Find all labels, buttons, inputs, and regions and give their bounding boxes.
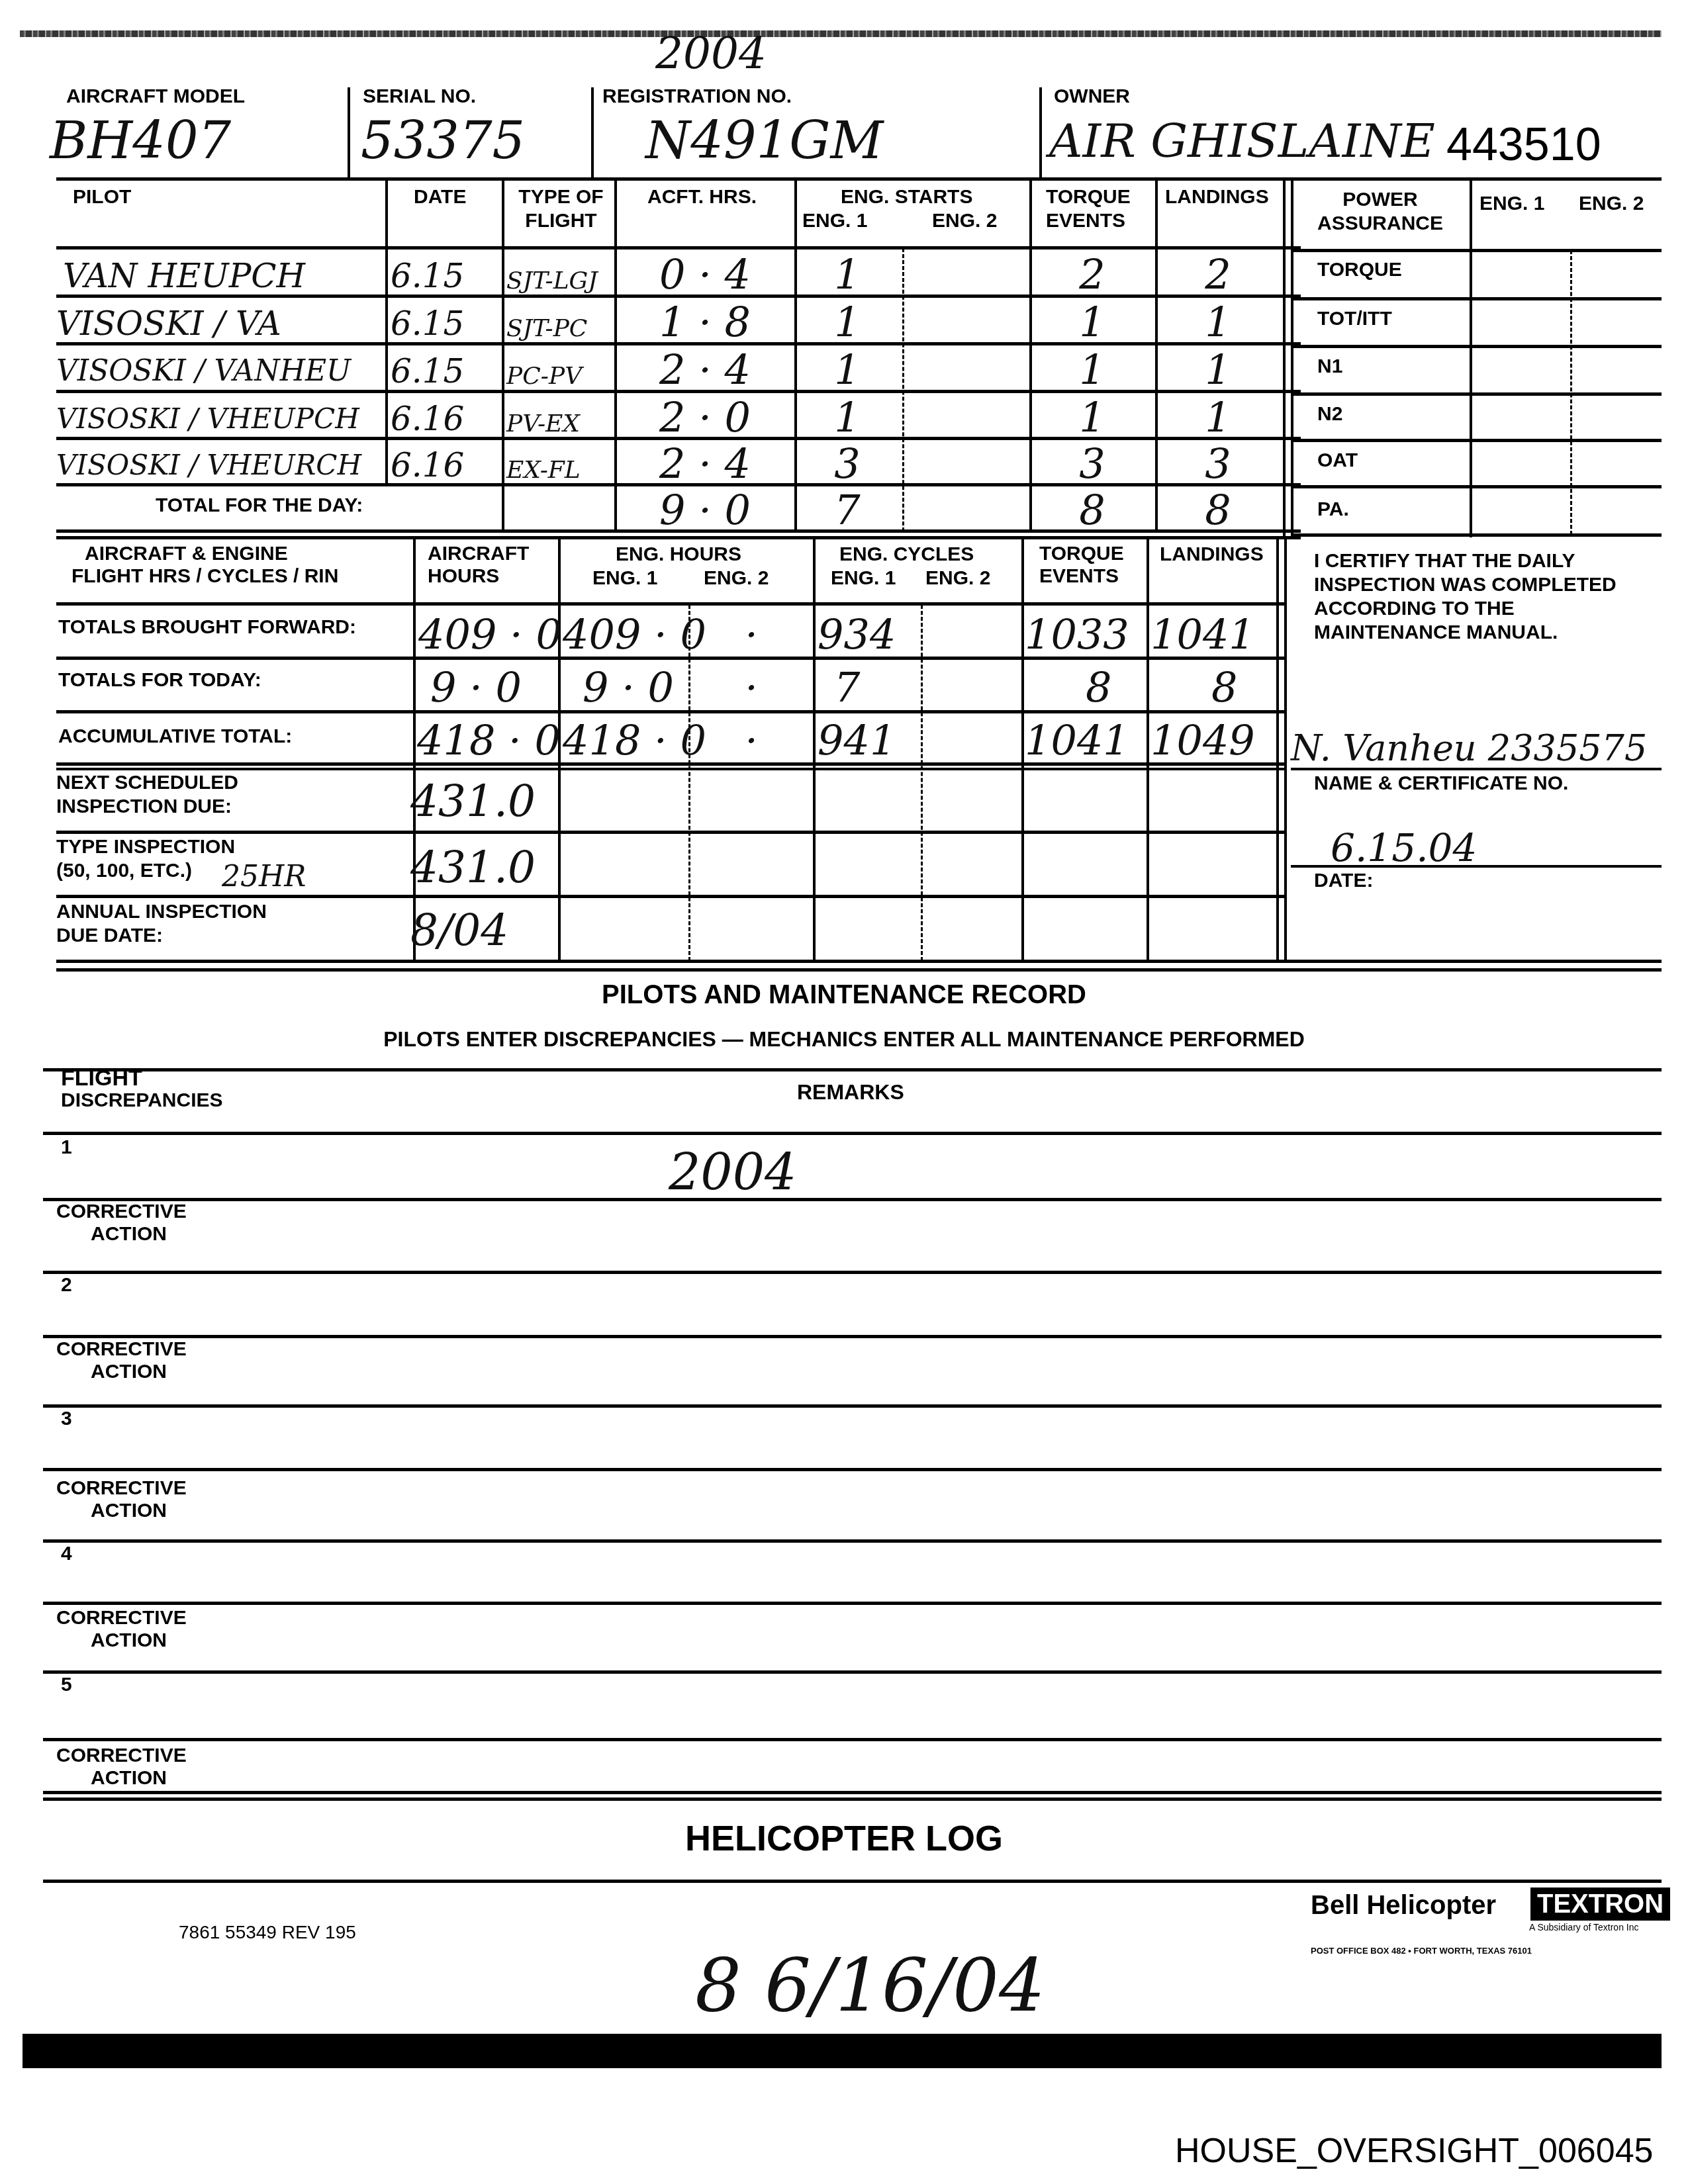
serial-no-value: 53375 [361,120,525,161]
rule [43,1404,1662,1408]
eng2-hours-cell: · [695,720,808,761]
pilot-cell: VISOSKI / VA [56,307,281,340]
owner-label: OWNER [1054,85,1130,109]
col-landings: LANDINGS [1165,185,1269,209]
acft-hrs-cell: 2 · 4 [622,443,788,484]
rule [43,1271,1662,1274]
rule [43,1791,1662,1794]
scan-black-bar [23,2034,1662,2068]
rule [43,1068,1662,1071]
col-eng-hours-eng2: ENG. 2 [704,567,769,590]
aircraft-hours-cell: 9 · 0 [430,667,522,708]
rule [43,1670,1662,1674]
pa-row-n1: N1 [1317,355,1342,379]
col-divider [1021,537,1024,961]
acft-hrs-cell: 0 · 4 [622,254,788,295]
certification-text: I CERTIFY THAT THE DAILY INSPECTION WAS … [1314,549,1617,645]
col-eng-cycles: ENG. CYCLES [839,543,974,567]
type-cell: PC-PV [506,360,582,393]
pa-eng2-header: ENG. 2 [1579,192,1644,216]
row-label: TOTALS BROUGHT FORWARD: [58,615,356,639]
col-torque-events: TORQUE EVENTS [1039,543,1124,588]
col-eng-hours-eng1: ENG. 1 [592,567,657,590]
type-cell: EX-FL [506,454,581,487]
col-eng-starts-eng2: ENG. 2 [932,209,997,233]
handwritten-year-top: 2004 [655,33,767,74]
rule [43,1602,1662,1605]
bates-number: HOUSE_OVERSIGHT_006045 [1175,2131,1654,2171]
eng1-hours-cell: 418 · 0 [563,720,706,761]
corrective-action-label: CORRECTIVE ACTION [56,1745,187,1790]
col-divider [502,180,504,531]
col-date: DATE [414,185,466,209]
pa-row-torque: TORQUE [1317,258,1402,282]
date-cell: 6.15 [391,259,464,293]
rule [1291,345,1662,348]
type-cell: PV-EX [506,408,580,441]
acft-hrs-cell: 2 · 0 [622,397,788,438]
divider [1039,87,1042,180]
date-cell: 6.15 [391,307,464,340]
acft-hrs-cell: 1 · 8 [622,302,788,343]
discrepancy-number: 2 [61,1273,72,1297]
inspection-value: 431.0 [410,847,536,888]
rule [43,1539,1662,1543]
pa-row-n2: N2 [1317,402,1342,426]
rule [43,1335,1662,1338]
form-number: 7861 55349 REV 195 [179,1922,356,1943]
col-divider [1284,537,1287,961]
aircraft-hours-cell: 418 · 0 [417,720,561,761]
dashed-divider [902,248,904,531]
discrepancy-number: 1 [61,1136,72,1160]
landings-cell: 1041 [1150,614,1255,655]
rule [1291,249,1662,252]
rule [43,1198,1662,1201]
subsidiary-text: A Subsidiary of Textron Inc [1529,1922,1639,1933]
col-flight-discrepancies: FLIGHT DISCREPANCIES [61,1067,222,1112]
corrective-action-label: CORRECTIVE ACTION [56,1338,187,1383]
col-divider [1283,180,1286,537]
date-line [1291,865,1662,868]
landings-cell: 8 [1211,667,1237,708]
eng1-cycles-cell: 7 [834,667,860,708]
header-bottom-rule [56,177,1662,181]
rule [43,1468,1662,1471]
inspection-label: ANNUAL INSPECTION DUE DATE: [56,900,267,948]
rule [43,1738,1662,1741]
type-cell: SJT-LGJ [506,265,598,298]
landings-cell: 1 [1162,349,1274,390]
col-divider [1155,180,1158,531]
col-eng-starts: ENG. STARTS [841,185,972,209]
aircraft-hours-cell: 409 · 0 [418,614,562,655]
date-cell: 6.16 [391,402,464,435]
eng1-starts-cell: 1 [801,302,894,343]
pa-row-tot-itt: TOT/ITT [1317,307,1392,331]
brand-name: Bell Helicopter [1311,1890,1496,1921]
landings-cell: 1 [1162,302,1274,343]
col-divider [794,180,797,531]
maintenance-record-subtitle: PILOTS ENTER DISCREPANCIES — MECHANICS E… [0,1027,1688,1051]
name-certificate-label: NAME & CERTIFICATE NO. [1314,772,1568,796]
bottom-handwritten-date: 8 6/16/04 [695,1949,1045,2022]
row-label: TOTALS FOR TODAY: [58,668,261,692]
dashed-divider [921,605,923,961]
col-divider [1147,537,1149,961]
eng2-hours-cell: · [695,614,808,655]
rule [56,768,1284,770]
col-divider [1470,180,1472,537]
col-cycles-eng2: ENG. 2 [925,567,990,590]
divider [348,87,350,180]
date-cell: 6.15 [391,355,464,388]
registration-no-label: REGISTRATION NO. [602,85,792,109]
landings-cell: 2 [1162,254,1274,295]
certification-date-value: 6.15.04 [1331,827,1477,868]
rule [1291,392,1662,396]
torque-cell: 2 [1036,254,1149,295]
owner-number: 443510 [1446,118,1601,171]
col-aircraft-hours: AIRCRAFT HOURS [428,543,529,588]
total-torque: 8 [1036,490,1149,531]
landings-cell: 3 [1162,443,1274,484]
pa-row-pa: PA. [1317,498,1349,522]
total-landings: 8 [1162,490,1274,531]
pilot-cell: VAN HEUPCH [63,259,305,293]
torque-cell: 1 [1036,397,1149,438]
aircraft-model-value: BH407 [50,120,231,161]
corrective-action-label: CORRECTIVE ACTION [56,1477,187,1522]
helicopter-log-title: HELICOPTER LOG [0,1819,1688,1858]
torque-cell: 1 [1036,349,1149,390]
col-divider [813,537,816,961]
rule [56,602,1284,606]
corrective-action-label: CORRECTIVE ACTION [56,1201,187,1246]
power-assurance-header: POWER ASSURANCE [1297,188,1463,236]
rule [56,536,1301,539]
aircraft-model-label: AIRCRAFT MODEL [66,85,245,109]
corrective-action-field[interactable] [61,1251,1656,1283]
address-text: POST OFFICE BOX 482 • FORT WORTH, TEXAS … [1311,1946,1532,1956]
rule [43,1132,1662,1135]
col-aircraft-engine: AIRCRAFT & ENGINE FLIGHT HRS / CYCLES / … [71,543,338,588]
col-divider [413,537,416,961]
remarks-handwritten-year: 2004 [669,1152,796,1193]
pa-eng1-header: ENG. 1 [1479,192,1544,216]
inspection-value: 431.0 [410,781,536,822]
eng1-starts-cell: 1 [801,254,894,295]
eng1-starts-cell: 1 [801,349,894,390]
pilot-cell: VISOSKI / VANHEU [56,355,351,388]
certification-date-label: DATE: [1314,869,1373,893]
rule [1291,485,1662,488]
rule [43,1880,1662,1883]
col-divider [1276,537,1279,961]
eng1-hours-cell: 9 · 0 [583,667,674,708]
col-pilot: PILOT [73,185,131,209]
rule [1291,533,1662,537]
col-cycles-eng1: ENG. 1 [831,567,896,590]
col-acft-hrs: ACFT. HRS. [647,185,757,209]
pilot-cell: VISOSKI / VHEUPCH [56,402,359,435]
eng1-cycles-cell: 941 [818,720,896,761]
torque-cell: 1 [1036,302,1149,343]
eng2-hours-cell: · [695,667,808,708]
maintenance-record-title: PILOTS AND MAINTENANCE RECORD [0,979,1688,1010]
eng1-cycles-cell: 934 [818,614,896,655]
pilot-cell: VISOSKI / VHEURCH [56,449,361,482]
serial-no-label: SERIAL NO. [363,85,476,109]
col-divider [614,180,617,531]
col-torque-events: TORQUE EVENTS [1046,185,1131,233]
eng1-starts-cell: 3 [801,443,894,484]
row-label: ACCUMULATIVE TOTAL: [58,725,292,749]
torque-cell: 8 [1086,667,1111,708]
rule [1291,297,1662,300]
acft-hrs-cell: 2 · 4 [622,349,788,390]
rule [56,968,1662,972]
owner-value: AIR GHISLAINE [1049,120,1435,161]
rule [56,831,1284,834]
col-remarks: REMARKS [797,1080,904,1104]
col-landings: LANDINGS [1160,543,1264,567]
rule [1291,439,1662,442]
type-cell: SJT-PC [506,312,587,345]
inspection-value: 8/04 [410,910,508,951]
inspection-label: NEXT SCHEDULED INSPECTION DUE: [56,771,238,819]
signature-line [1291,768,1662,770]
discrepancy-number: 5 [61,1673,72,1697]
discrepancy-number: 4 [61,1542,72,1566]
date-cell: 6.16 [391,449,464,482]
torque-cell: 1033 [1025,614,1129,655]
divider [591,87,594,180]
total-for-day-label: TOTAL FOR THE DAY: [156,494,363,518]
eng1-starts-cell: 1 [801,397,894,438]
corrective-action-label: CORRECTIVE ACTION [56,1607,187,1652]
rule [56,960,1662,963]
rule [56,895,1284,898]
registration-no-value: N491GM [645,120,883,161]
col-eng-starts-eng1: ENG. 1 [802,209,867,233]
col-divider [1029,180,1032,531]
landings-cell: 1 [1162,397,1274,438]
inspection-label: TYPE INSPECTION (50, 100, ETC.) [56,835,235,883]
rule [43,1797,1662,1801]
signature: N. Vanheu 2335575 [1291,728,1647,769]
pa-row-oat: OAT [1317,449,1358,473]
landings-cell: 1049 [1150,720,1255,761]
col-divider [385,180,388,484]
total-eng1-starts: 7 [801,490,894,531]
rule [56,246,1301,250]
scan-artifact-line [20,30,1662,37]
col-type-of-flight: TYPE OF FLIGHT [506,185,616,233]
torque-cell: 3 [1036,443,1149,484]
brand-box: TEXTRON [1530,1888,1670,1921]
torque-cell: 1041 [1025,720,1129,761]
discrepancy-number: 3 [61,1407,72,1431]
col-divider [1291,180,1293,537]
inspection-note: 25HR [222,860,306,893]
total-acft-hrs: 9 · 0 [622,490,788,531]
eng1-hours-cell: 409 · 0 [563,614,706,655]
col-eng-hours: ENG. HOURS [616,543,741,567]
